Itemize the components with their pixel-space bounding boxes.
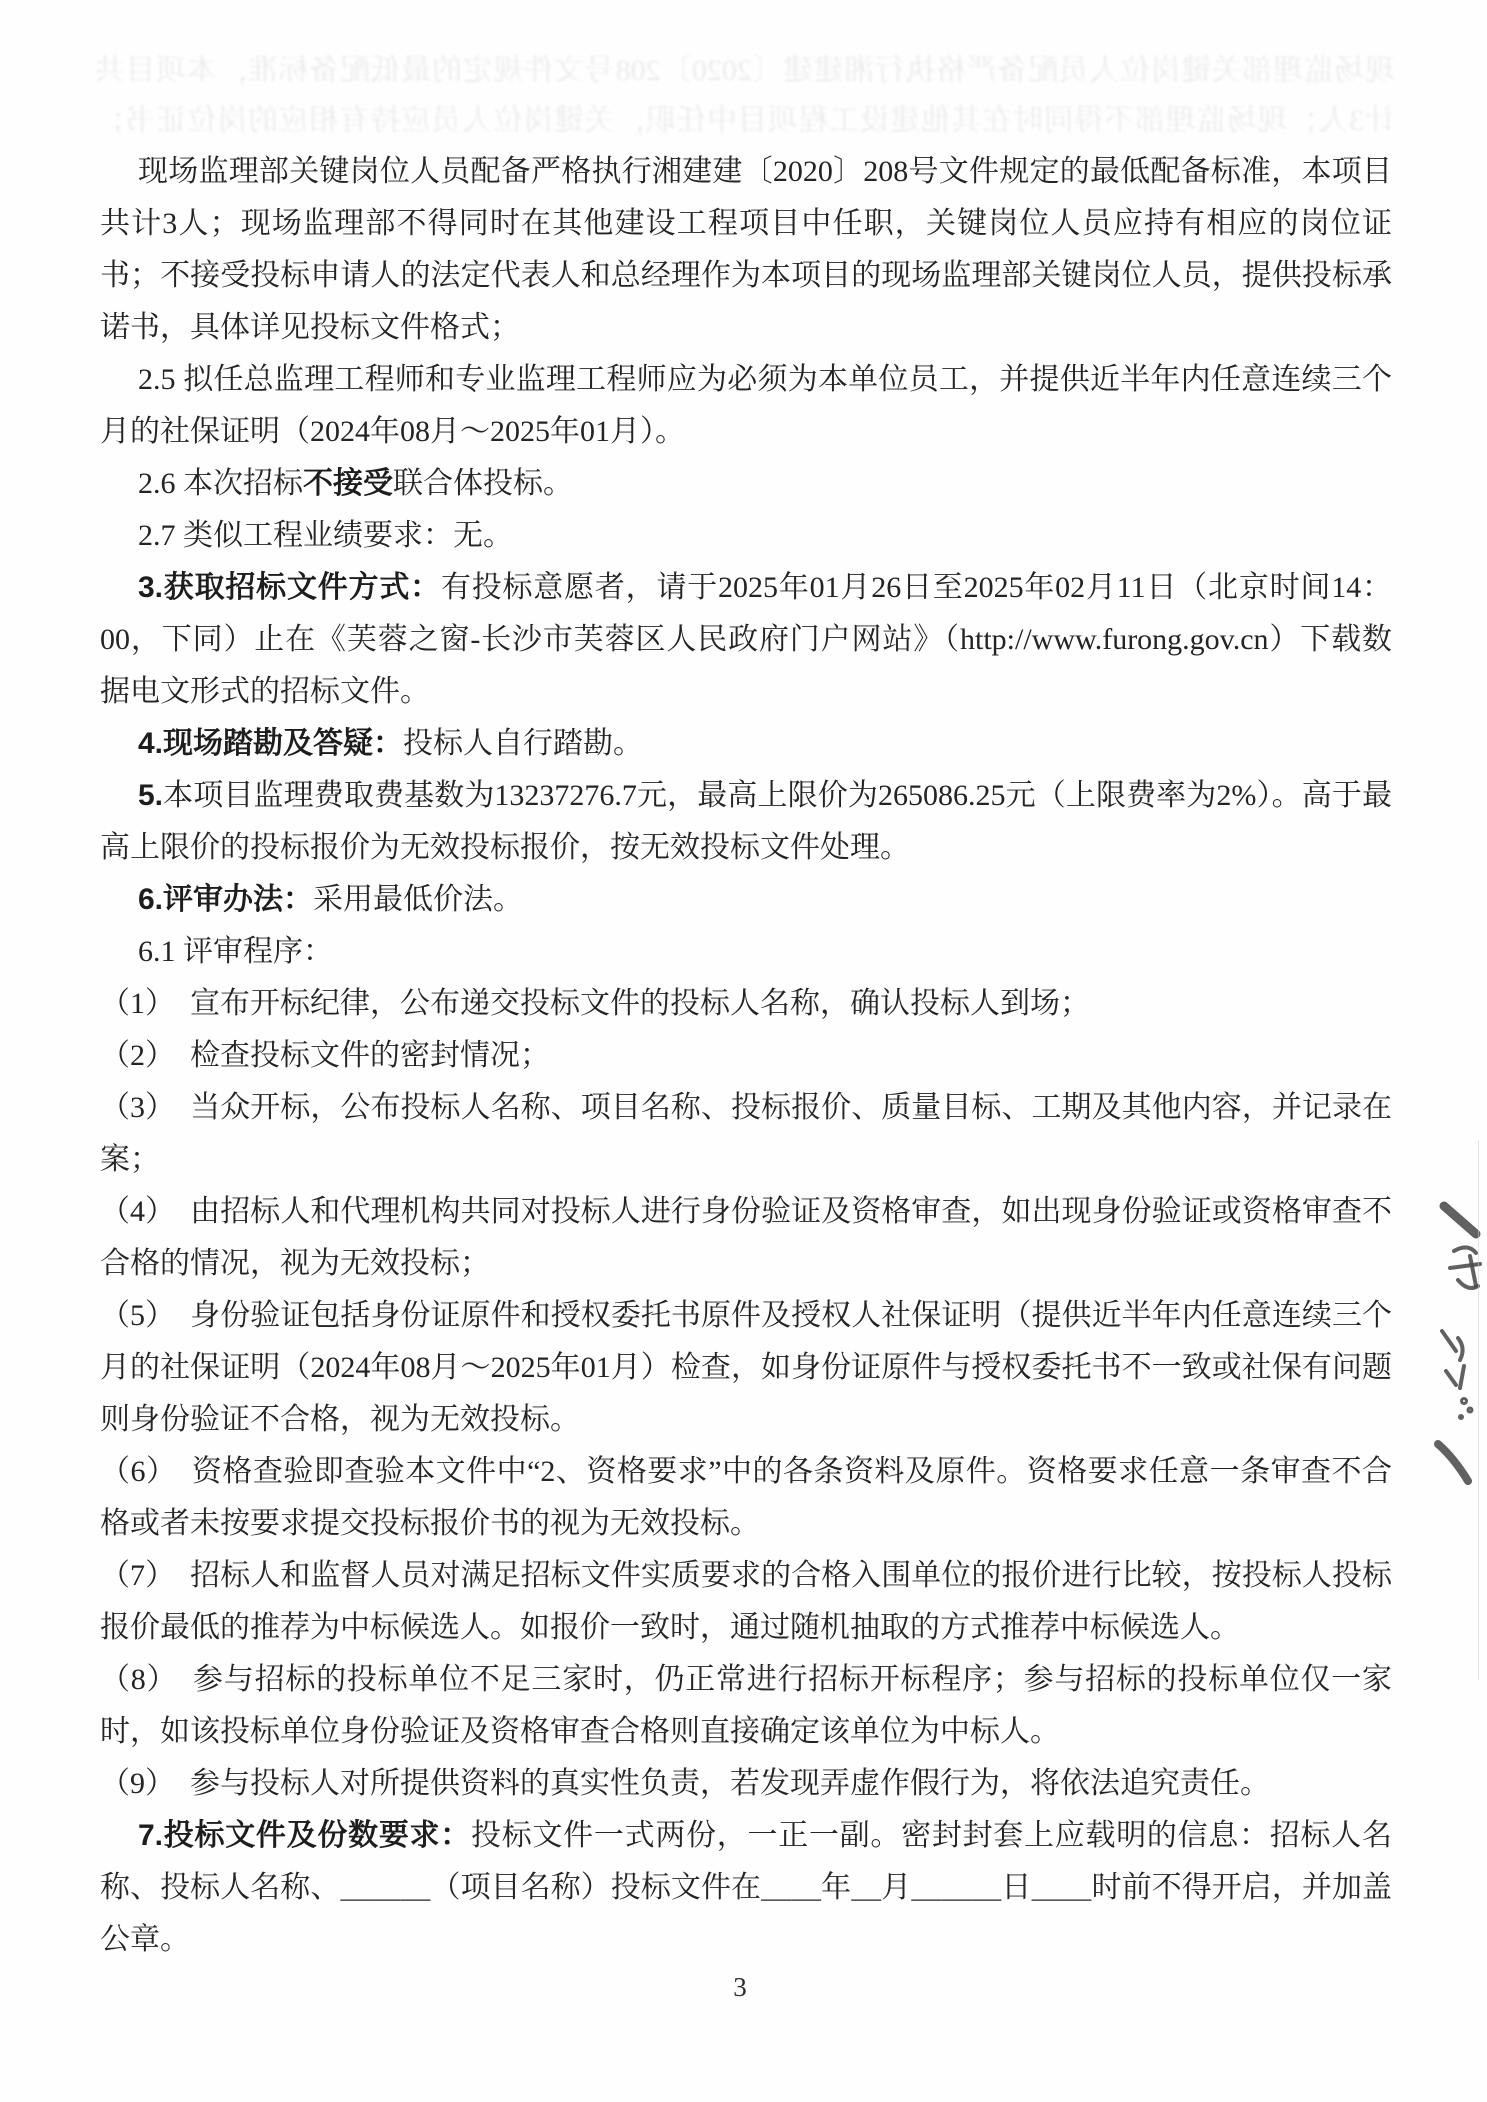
item-5-verification-content: （5） 身份验证包括身份证原件和授权委托书原件及授权人社保证明（提供近半年内任意… [100, 1290, 1392, 1446]
para-2-7-similar-performance: 2.7 类似工程业绩要求：无。 [100, 510, 1392, 562]
text-run: 4.现场踏勘及答疑： [138, 727, 403, 760]
para-2-6-no-consortium: 2.6 本次招标不接受联合体投标。 [100, 458, 1392, 510]
text-run: （1） 宣布开标纪律，公布递交投标文件的投标人名称，确认投标人到场； [100, 987, 1090, 1020]
text-run: 6.评审办法： [138, 883, 313, 916]
text-run: 2.5 拟任总监理工程师和专业监理工程师应为必须为本单位员工，并提供近半年内任意… [100, 363, 1392, 448]
text-run: 3.获取招标文件方式： [138, 571, 441, 604]
text-run: （6） 资格查验即查验本文件中“2、资格要求”中的各条资料及原件。资格要求任意一… [100, 1455, 1392, 1540]
text-run: 本项目监理费取费基数为13237276.7元，最高上限价为265086.25元（… [100, 779, 1392, 864]
para-5-fee-base: 5.本项目监理费取费基数为13237276.7元，最高上限价为265086.25… [100, 770, 1392, 874]
para-7-bid-document-copies: 7.投标文件及份数要求：投标文件一式两份，一正一副。密封封套上应载明的信息：招标… [100, 1810, 1392, 1966]
item-6-qualification-check: （6） 资格查验即查验本文件中“2、资格要求”中的各条资料及原件。资格要求任意一… [100, 1446, 1392, 1550]
text-run: 投标人自行踏勘。 [403, 727, 643, 760]
item-7-price-comparison: （7） 招标人和监督人员对满足招标文件实质要求的合格入围单位的报价进行比较，按投… [100, 1550, 1392, 1654]
text-run: （5） 身份验证包括身份证原件和授权委托书原件及授权人社保证明（提供近半年内任意… [100, 1299, 1392, 1436]
text-run: 不接受 [303, 467, 393, 500]
text-run: 联合体投标。 [393, 467, 573, 500]
text-run: （3） 当众开标，公布投标人名称、项目名称、投标报价、质量目标、工期及其他内容，… [100, 1091, 1392, 1176]
scan-page-edge-line [1478, 1140, 1479, 1680]
item-3-public-opening: （3） 当众开标，公布投标人名称、项目名称、投标报价、质量目标、工期及其他内容，… [100, 1082, 1392, 1186]
para-6-evaluation-method: 6.评审办法：采用最低价法。 [100, 874, 1392, 926]
para-2-5-engineer-requirement: 2.5 拟任总监理工程师和专业监理工程师应为必须为本单位员工，并提供近半年内任意… [100, 354, 1392, 458]
text-run: 2.7 类似工程业绩要求：无。 [138, 519, 513, 552]
text-run: 6.1 评审程序： [138, 935, 333, 968]
text-run: （8） 参与招标的投标单位不足三家时，仍正常进行招标开标程序；参与招标的投标单位… [100, 1663, 1392, 1748]
para-6-1-procedure-title: 6.1 评审程序： [100, 926, 1392, 978]
para-3-obtain-documents: 3.获取招标文件方式：有投标意愿者，请于2025年01月26日至2025年02月… [100, 562, 1392, 718]
para-4-site-survey: 4.现场踏勘及答疑：投标人自行踏勘。 [100, 718, 1392, 770]
text-run: 采用最低价法。 [313, 883, 523, 916]
text-run: （9） 参与投标人对所提供资料的真实性负责，若发现弄虚作假行为，将依法追究责任。 [100, 1767, 1270, 1800]
para-site-supervision-staffing: 现场监理部关键岗位人员配备严格执行湘建建〔2020〕208号文件规定的最低配备标… [100, 146, 1392, 354]
text-run: （4） 由招标人和代理机构共同对投标人进行身份验证及资格审查，如出现身份验证或资… [100, 1195, 1392, 1280]
item-9-authenticity-responsibility: （9） 参与投标人对所提供资料的真实性负责，若发现弄虚作假行为，将依法追究责任。 [100, 1758, 1392, 1810]
text-run: 7.投标文件及份数要求： [138, 1819, 471, 1852]
scanned-document-page: 现场监理部关键岗位人员配备严格执行湘建建〔2020〕208号文件规定的最低配备标… [0, 0, 1487, 2102]
item-1-announce-discipline: （1） 宣布开标纪律，公布递交投标文件的投标人名称，确认投标人到场； [100, 978, 1392, 1030]
item-8-fewer-than-three-bidders: （8） 参与招标的投标单位不足三家时，仍正常进行招标开标程序；参与招标的投标单位… [100, 1654, 1392, 1758]
text-run: （2） 检查投标文件的密封情况； [100, 1039, 550, 1072]
bleed-through-ghost-text: 现场监理部关键岗位人员配备严格执行湘建建〔2020〕208号文件规定的最低配备标… [95, 46, 1395, 148]
item-4-identity-verification: （4） 由招标人和代理机构共同对投标人进行身份验证及资格审查，如出现身份验证或资… [100, 1186, 1392, 1290]
item-2-check-seal: （2） 检查投标文件的密封情况； [100, 1030, 1392, 1082]
page-number: 3 [0, 1972, 1480, 2003]
text-run: 5. [138, 779, 163, 812]
text-run: （7） 招标人和监督人员对满足招标文件实质要求的合格入围单位的报价进行比较，按投… [100, 1559, 1392, 1644]
document-body: 现场监理部关键岗位人员配备严格执行湘建建〔2020〕208号文件规定的最低配备标… [100, 146, 1392, 1966]
text-run: 现场监理部关键岗位人员配备严格执行湘建建〔2020〕208号文件规定的最低配备标… [100, 155, 1392, 344]
text-run: 2.6 本次招标 [138, 467, 303, 500]
